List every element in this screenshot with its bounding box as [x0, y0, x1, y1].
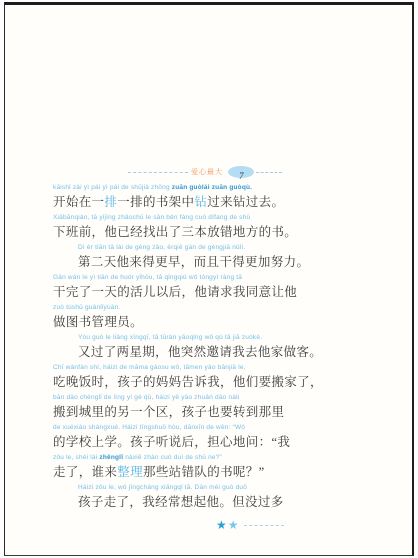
text-segment: 走了，谁来	[53, 465, 117, 479]
text-segment: 下班前，他已经找出了三本放错地方的书。	[53, 225, 297, 239]
text-segment: 第二天他来得更早，而且干得更加努力。	[78, 255, 309, 269]
story-line: Dì èr tiān tā lái de gèng zǎo, érqiě gàn…	[53, 243, 309, 272]
text-segment: de xuéxiào shàngxué. Háizi tīngshuō hòu,…	[53, 424, 245, 431]
pinyin-line: Gàn wán le yì tiān de huór yǐhòu, tā qǐn…	[53, 273, 309, 282]
pinyin-line: de xuéxiào shàngxué. Háizi tīngshuō hòu,…	[53, 423, 309, 432]
page-number-badge: 7	[228, 166, 254, 178]
hanzi-line: 吃晚饭时，孩子的妈妈告诉我，他们要搬家了，	[53, 372, 309, 392]
end-marker: ★ ★	[216, 518, 284, 532]
text-segment: 又过了两星期，他突然邀请我去他家做客。	[78, 345, 322, 359]
text-segment: Yòu guò le liǎng xīngqī, tā tūrán yāoqǐn…	[78, 334, 262, 341]
highlighted-word: 钻	[194, 195, 207, 209]
text-segment: zuān guòlái zuān guòqù.	[172, 184, 252, 191]
text-segment: Háizi zǒu le, wǒ jīngcháng xiǎngqǐ tā. D…	[78, 484, 247, 491]
text-segment: 孩子走了，我经常想起他。但没过多	[78, 495, 284, 509]
end-marker-dotted-line	[244, 525, 284, 526]
text-segment: bān dào chénglǐ de lìng yí gè qū, háizi …	[53, 394, 239, 401]
text-segment: zhěnglǐ	[99, 454, 123, 461]
highlighted-word: 整理	[117, 465, 143, 479]
story-line: Xiàbānqián, tā yǐjīng zhǎochū le sān běn…	[53, 213, 309, 242]
story-line: zuò túshū guǎnlǐyuán.做图书管理员。	[53, 303, 309, 332]
text-segment: nàxiē zhàn cuò duì de shū ne?”	[123, 454, 222, 461]
hanzi-line: 开始在一排一排的书架中钻过来钻过去。	[53, 192, 309, 212]
text-segment: zǒu le, shéi lái	[53, 454, 99, 461]
hanzi-line: 干完了一天的活儿以后，他请求我同意让他	[53, 282, 309, 302]
pinyin-line: Yòu guò le liǎng xīngqī, tā tūrán yāoqǐn…	[78, 333, 309, 342]
header-dotted-line-left	[128, 172, 188, 173]
text-segment: 一排的书架中	[117, 195, 194, 209]
highlighted-word: 排	[104, 195, 117, 209]
page-number: 7	[239, 171, 244, 181]
story-line: bān dào chénglǐ de lìng yí gè qū, háizi …	[53, 393, 309, 422]
pinyin-line: bān dào chénglǐ de lìng yí gè qū, háizi …	[53, 393, 309, 402]
header-title: 爱心最大	[191, 167, 223, 177]
text-segment: 吃晚饭时，孩子的妈妈告诉我，他们要搬家了，	[53, 375, 323, 389]
story-line: kāishǐ zài yì pái yì pái de shūjià zhōng…	[53, 183, 309, 212]
text-segment: 搬到城里的另一个区，孩子也要转到那里	[53, 405, 284, 419]
running-head: 爱心最大 7	[128, 164, 288, 180]
hanzi-line: 搬到城里的另一个区，孩子也要转到那里	[53, 402, 309, 422]
pinyin-line: kāishǐ zài yì pái yì pái de shūjià zhōng…	[53, 183, 309, 192]
star-icon: ★	[216, 518, 227, 532]
hanzi-line: 下班前，他已经找出了三本放错地方的书。	[53, 222, 309, 242]
star-icon: ★	[228, 518, 239, 532]
story-line: Chī wǎnfàn shí, háizi de māma gàosu wǒ, …	[53, 363, 309, 392]
pinyin-line: Háizi zǒu le, wǒ jīngcháng xiǎngqǐ tā. D…	[78, 483, 309, 492]
pinyin-line: Dì èr tiān tā lái de gèng zǎo, érqiě gàn…	[78, 243, 309, 252]
text-segment: kāishǐ zài yì pái yì pái de shūjià zhōng	[53, 184, 172, 191]
text-segment: 开始在一	[53, 195, 104, 209]
text-segment: 干完了一天的活儿以后，他请求我同意让他	[53, 285, 297, 299]
story-line: Yòu guò le liǎng xīngqī, tā tūrán yāoqǐn…	[53, 333, 309, 362]
hanzi-line: 孩子走了，我经常想起他。但没过多	[78, 492, 309, 512]
header-dotted-line-right	[256, 172, 282, 173]
story-lines: kāishǐ zài yì pái yì pái de shūjià zhōng…	[53, 183, 309, 513]
hanzi-line: 走了，谁来整理那些站错队的书呢？”	[53, 462, 309, 482]
hanzi-line: 第二天他来得更早，而且干得更加努力。	[78, 252, 309, 272]
pinyin-line: zǒu le, shéi lái zhěnglǐ nàxiē zhàn cuò …	[53, 453, 309, 462]
text-segment: Dì èr tiān tā lái de gèng zǎo, érqiě gàn…	[78, 244, 246, 251]
story-line: zǒu le, shéi lái zhěnglǐ nàxiē zhàn cuò …	[53, 453, 309, 482]
story-line: Gàn wán le yì tiān de huór yǐhòu, tā qǐn…	[53, 273, 309, 302]
pinyin-line: Chī wǎnfàn shí, háizi de māma gàosu wǒ, …	[53, 363, 309, 372]
text-segment: Xiàbānqián, tā yǐjīng zhǎochū le sān běn…	[53, 214, 250, 221]
text-segment: Gàn wán le yì tiān de huór yǐhòu, tā qǐn…	[53, 274, 242, 281]
pinyin-line: zuò túshū guǎnlǐyuán.	[53, 303, 309, 312]
pinyin-line: Xiàbānqián, tā yǐjīng zhǎochū le sān běn…	[53, 213, 309, 222]
text-segment: zuò túshū guǎnlǐyuán.	[53, 304, 120, 311]
text-segment: 做图书管理员。	[53, 315, 143, 329]
text-segment: 的学校上学。孩子听说后，担心地问：“我	[53, 435, 290, 449]
hanzi-line: 的学校上学。孩子听说后，担心地问：“我	[53, 432, 309, 452]
hanzi-line: 做图书管理员。	[53, 312, 309, 332]
text-segment: Chī wǎnfàn shí, háizi de māma gàosu wǒ, …	[53, 364, 246, 371]
text-segment: 那些站错队的书呢？”	[143, 465, 265, 479]
hanzi-line: 又过了两星期，他突然邀请我去他家做客。	[78, 342, 309, 362]
text-segment: 过来钻过去。	[207, 195, 284, 209]
story-line: de xuéxiào shàngxué. Háizi tīngshuō hòu,…	[53, 423, 309, 452]
story-line: Háizi zǒu le, wǒ jīngcháng xiǎngqǐ tā. D…	[53, 483, 309, 512]
